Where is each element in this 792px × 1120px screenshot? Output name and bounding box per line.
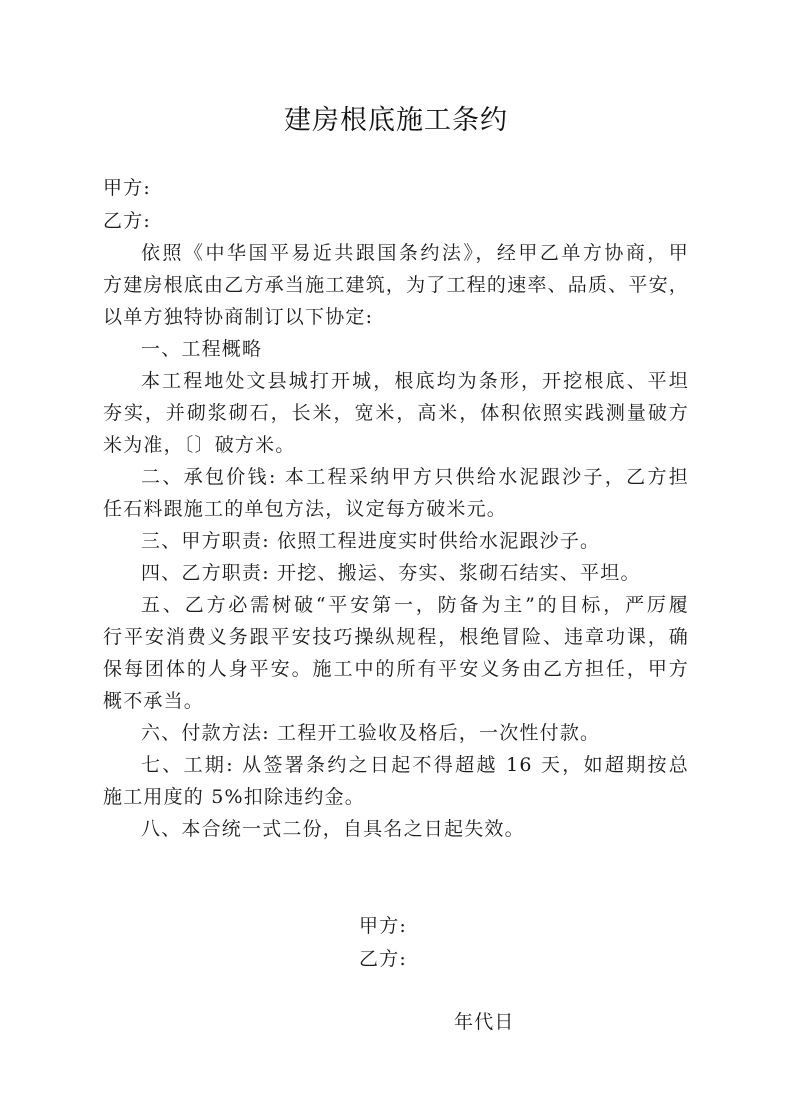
paragraph-line: 本工程地处文县城打开城，根底均为条形，开挖根底、平坦 <box>103 369 689 393</box>
paragraph-line: 方建房根底由乙方承当施工建筑，为了工程的速率、品质、平安， <box>103 273 689 297</box>
paragraph-line: 夯实，并砌浆砌石，长米，宽米，高米，体积依照实践测量破方 <box>103 401 689 425</box>
paragraph-line: 行平安消费义务跟平安技巧操纵规程，根绝冒险、违章功课，确 <box>103 625 689 649</box>
paragraph-line: 米为准，〔〕破方米。 <box>103 433 296 457</box>
paragraph-line: 以单方独特协商制订以下协定: <box>103 305 373 329</box>
paragraph-line: 七、工期: 从签署条约之日起不得超越 16 天，如超期按总 <box>103 753 689 777</box>
paragraph-line: 三、甲方职责: 依照工程进度实时供给水泥跟沙子。 <box>141 529 600 553</box>
paragraph-line: 任石料跟施工的单包方法，议定每方破米元。 <box>103 497 507 521</box>
signature-party-b: 乙方: <box>359 944 407 971</box>
paragraph-line: 八、本合统一式二份，自具名之日起失效。 <box>141 817 525 841</box>
document-title: 建房根底施工条约 <box>0 98 792 137</box>
paragraph-line: 保每团体的人身平安。施工中的所有平安义务由乙方担任，甲方 <box>103 657 689 681</box>
signature-party-a: 甲方: <box>359 911 407 938</box>
paragraph-line: 概不承当。 <box>103 689 204 713</box>
section-heading: 一、工程概略 <box>141 337 262 361</box>
paragraph-line: 二、承包价钱: 本工程采纳甲方只供给水泥跟沙子，乙方担 <box>103 465 689 489</box>
paragraph-line: 五、乙方必需树破“平安第一，防备为主”的目标，严厉履 <box>103 593 689 617</box>
paragraph-line: 施工用度的 5%扣除违约金。 <box>103 785 365 809</box>
signature-date: 年代日 <box>454 1007 515 1034</box>
paragraph-line: 六、付款方法: 工程开工验收及格后，一次性付款。 <box>141 721 600 745</box>
paragraph-line: 依照《中华国平易近共跟国条约法》，经甲乙单方协商，甲 <box>103 241 689 265</box>
party-b-label: 乙方: <box>103 209 151 233</box>
paragraph-line: 四、乙方职责: 开挖、搬运、夯实、浆砌石结实、平坦。 <box>141 561 641 585</box>
party-a-label: 甲方: <box>103 176 151 200</box>
